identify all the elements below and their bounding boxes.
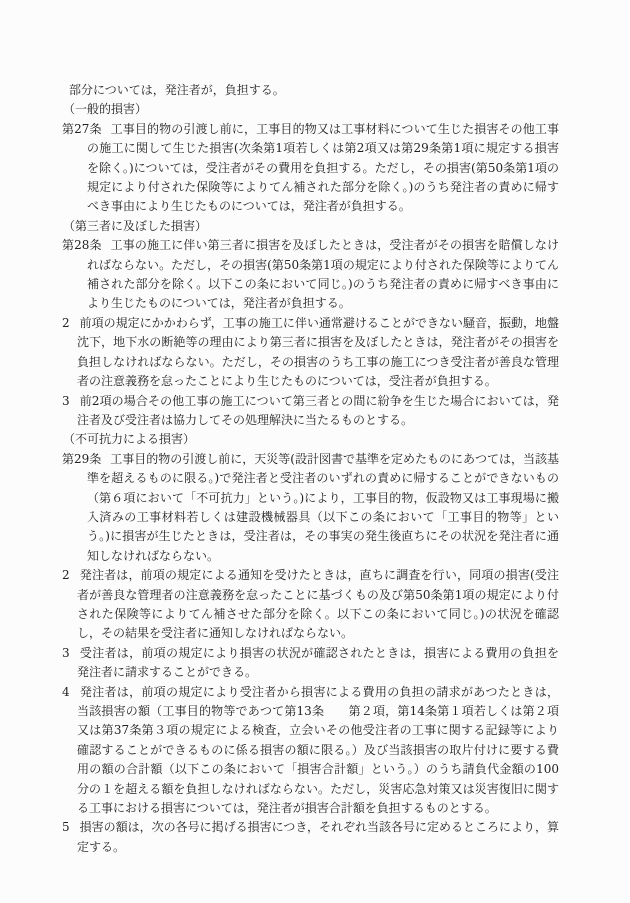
section-heading-text: （一般的損害） xyxy=(63,102,147,116)
section-heading: （第三者に及ぼした損害） xyxy=(62,217,559,236)
item-number: 2 xyxy=(62,568,70,582)
continuation-line-text: 部分については，発注者が，負担する。 xyxy=(69,83,285,97)
item-number: 3 xyxy=(62,394,70,408)
continuation-line: 部分については，発注者が，負担する。 xyxy=(62,81,559,100)
numbered-item: 3受注者は，前項の規定により損害の状況が確認されたときは，損害による費用の負担を… xyxy=(62,644,559,683)
numbered-item-text: 前2項の場合その他工事の施工について第三者との間に紛争を生じた場合においては，発… xyxy=(77,394,559,427)
article-number: 第28条 xyxy=(62,238,102,252)
item-number: 3 xyxy=(62,646,70,660)
article-paragraph-text: 工事目的物の引渡し前に，天災等(設計図書で基準を定めたものにあつては，当該基準を… xyxy=(87,452,559,563)
article-paragraph: 第27条工事目的物の引渡し前に，工事目的物又は工事材料について生じた損害その他工… xyxy=(62,120,559,217)
item-number: 5 xyxy=(62,820,70,834)
numbered-item: 2発注者は，前項の規定による通知を受けたときは，直ちに調査を行い，同項の損害(受… xyxy=(62,566,559,644)
numbered-item-text: 発注者は，前項の規定により受注者から損害による費用の負担の請求があつたときは，当… xyxy=(77,685,559,815)
article-paragraph-text: 工事の施工に伴い第三者に損害を及ぼしたときは，受注者がその損害を賠償しなければな… xyxy=(87,238,559,310)
numbered-item-text: 損害の額は，次の各号に掲げる損害につき，それぞれ当該各号に定めるところにより，算… xyxy=(77,820,559,853)
contract-text-body: 部分については，発注者が，負担する。（一般的損害）第27条工事目的物の引渡し前に… xyxy=(62,81,559,857)
numbered-item-text: 受注者は，前項の規定により損害の状況が確認されたときは，損害による費用の負担を発… xyxy=(77,646,559,679)
numbered-item: 4発注者は，前項の規定により受注者から損害による費用の負担の請求があつたときは，… xyxy=(62,683,559,819)
numbered-item: 5損害の額は，次の各号に掲げる損害につき，それぞれ当該各号に定めるところにより，… xyxy=(62,818,559,857)
section-heading-text: （第三者に及ぼした損害） xyxy=(63,219,207,233)
numbered-item-text: 前項の規定にかかわらず，工事の施工に伴い通常避けることができない騒音，振動，地盤… xyxy=(77,316,559,388)
document-page: 部分については，発注者が，負担する。（一般的損害）第27条工事目的物の引渡し前に… xyxy=(0,0,630,903)
numbered-item-text: 発注者は，前項の規定による通知を受けたときは，直ちに調査を行い，同項の損害(受注… xyxy=(77,568,559,640)
article-number: 第27条 xyxy=(62,122,102,136)
article-paragraph: 第28条工事の施工に伴い第三者に損害を及ぼしたときは，受注者がその損害を賠償しな… xyxy=(62,236,559,314)
section-heading: （一般的損害） xyxy=(62,100,559,119)
numbered-item: 3前2項の場合その他工事の施工について第三者との間に紛争を生じた場合においては，… xyxy=(62,392,559,431)
article-paragraph-text: 工事目的物の引渡し前に，工事目的物又は工事材料について生じた損害その他工事の施工… xyxy=(87,122,559,214)
article-number: 第29条 xyxy=(62,452,101,466)
article-paragraph: 第29条工事目的物の引渡し前に，天災等(設計図書で基準を定めたものにあつては，当… xyxy=(62,450,559,566)
numbered-item: 2前項の規定にかかわらず，工事の施工に伴い通常避けることができない騒音，振動，地… xyxy=(62,314,559,392)
item-number: 2 xyxy=(62,316,70,330)
section-heading-text: （不可抗力による損害） xyxy=(63,432,195,446)
item-number: 4 xyxy=(62,685,70,699)
section-heading: （不可抗力による損害） xyxy=(62,430,559,449)
